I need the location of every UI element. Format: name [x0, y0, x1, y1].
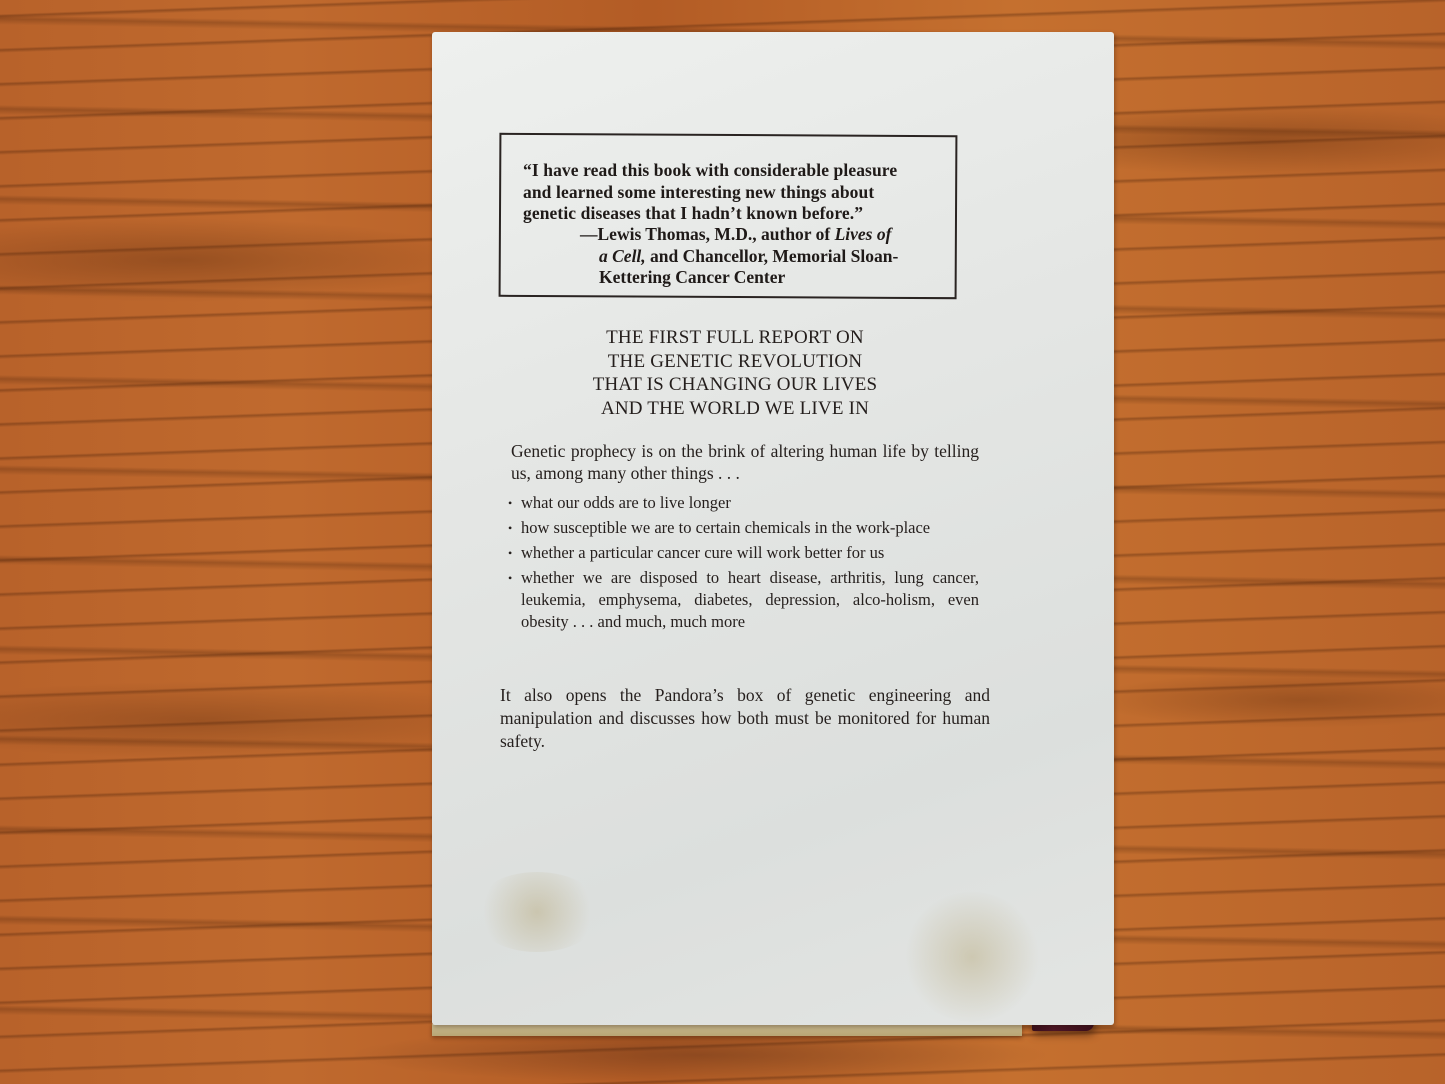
book-page-edge: [432, 1024, 1022, 1036]
quote-attribution: —Lewis Thomas, M.D., author of Lives of …: [523, 224, 943, 289]
closing-paragraph: It also opens the Pandora’s box of genet…: [500, 684, 990, 753]
headline-line: THAT IS CHANGING OUR LIVES: [560, 373, 910, 397]
attribution-book-title: a Cell,: [599, 246, 646, 266]
cover-stain: [902, 892, 1042, 1022]
attribution-institution: Kettering Cancer Center: [523, 267, 943, 289]
attribution-author: —Lewis Thomas, M.D., author of: [580, 224, 835, 244]
cover-description: Genetic prophecy is on the brink of alte…: [511, 440, 979, 636]
review-quote: “I have read this book with considerable…: [523, 160, 943, 225]
headline-line: THE FIRST FULL REPORT ON: [560, 326, 910, 350]
list-item: whether we are disposed to heart disease…: [511, 567, 979, 633]
list-item: what our odds are to live longer: [511, 492, 979, 514]
quote-line: “I have read this book with considerable…: [523, 160, 943, 182]
quote-line: genetic diseases that I hadn’t known bef…: [523, 203, 943, 225]
intro-paragraph: Genetic prophecy is on the brink of alte…: [511, 440, 979, 484]
cover-headline: THE FIRST FULL REPORT ON THE GENETIC REV…: [560, 326, 910, 420]
attribution-book-title: Lives of: [835, 224, 892, 244]
attribution-role: and Chancellor, Memorial Sloan-: [646, 246, 899, 266]
list-item: how susceptible we are to certain chemic…: [511, 517, 979, 539]
benefits-list: what our odds are to live longer how sus…: [511, 492, 979, 633]
quote-line: and learned some interesting new things …: [523, 182, 943, 204]
headline-line: AND THE WORLD WE LIVE IN: [560, 397, 910, 421]
headline-line: THE GENETIC REVOLUTION: [560, 350, 910, 374]
list-item: whether a particular cancer cure will wo…: [511, 542, 979, 564]
cover-stain: [472, 872, 602, 952]
